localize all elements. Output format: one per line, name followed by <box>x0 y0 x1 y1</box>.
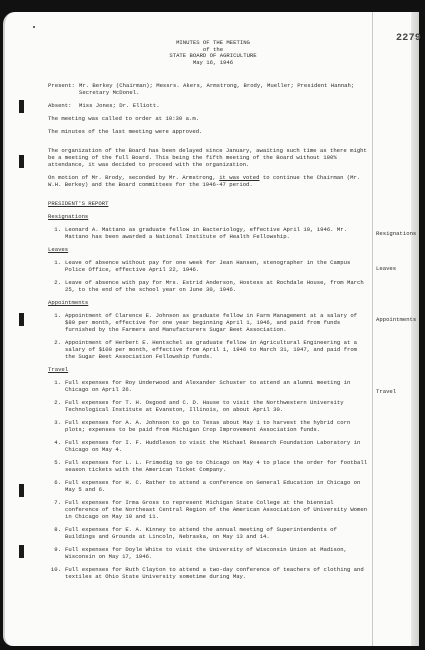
absent-label: Absent: <box>48 102 79 109</box>
header-date: May 16, 1946 <box>58 60 368 67</box>
binder-mark <box>19 484 24 497</box>
list-item: 1.Full expenses for Roy Underwood and Al… <box>48 379 368 393</box>
absent-text: Miss Jones; Dr. Elliott. <box>79 102 160 109</box>
presidents-report-heading: PRESIDENT'S REPORT <box>48 200 368 207</box>
motion-prefix: On motion of Mr. Brody, seconded by Mr. … <box>48 174 219 181</box>
margin-label-leaves: Leaves <box>376 265 396 272</box>
list-item: 2.Full expenses for T. H. Osgood and C. … <box>48 399 368 413</box>
scanned-document: 2279 Resignations Leaves Appointments Tr… <box>0 0 425 650</box>
document-page: 2279 Resignations Leaves Appointments Tr… <box>3 12 419 646</box>
resignations-list: 1.Leonard A. Mattano as graduate fellow … <box>48 226 368 240</box>
present-label: Present: <box>48 82 79 96</box>
present-line: Present: Mr. Berkey (Chairman); Messrs. … <box>48 82 368 96</box>
page-number: 2279 <box>396 33 421 44</box>
list-item: 1.Leave of absence without pay for one w… <box>48 259 368 273</box>
absent-line: Absent: Miss Jones; Dr. Elliott. <box>48 102 368 109</box>
appointments-list: 1.Appointment of Clarence E. Johnson as … <box>48 312 368 360</box>
scan-speck <box>33 26 35 28</box>
binder-mark <box>19 155 24 168</box>
binder-mark <box>19 313 24 326</box>
travel-list: 1.Full expenses for Roy Underwood and Al… <box>48 379 368 580</box>
binder-mark <box>19 100 24 113</box>
list-item: 1.Appointment of Clarence E. Johnson as … <box>48 312 368 333</box>
binder-mark <box>19 545 24 558</box>
list-item: 3.Full expenses for A. A. Johnson to go … <box>48 419 368 433</box>
list-item: 6.Full expenses for H. C. Rather to atte… <box>48 479 368 493</box>
resignations-heading: Resignations <box>48 213 368 220</box>
minutes-approved: The minutes of the last meeting were app… <box>48 128 368 135</box>
present-text: Mr. Berkey (Chairman); Messrs. Akers, Ar… <box>79 82 368 96</box>
organization-paragraph: The organization of the Board has been d… <box>48 147 368 168</box>
list-item: 2.Leave of absence with pay for Mrs. Est… <box>48 279 368 293</box>
leaves-list: 1.Leave of absence without pay for one w… <box>48 259 368 293</box>
list-item: 7.Full expenses for Irma Gross to repres… <box>48 499 368 520</box>
leaves-heading: Leaves <box>48 246 368 253</box>
appointments-heading: Appointments <box>48 299 368 306</box>
document-header: MINUTES OF THE MEETING of the STATE BOAR… <box>58 40 368 66</box>
list-item: 2.Appointment of Herbert E. Hentschel as… <box>48 339 368 360</box>
list-item: 10.Full expenses for Ruth Clayton to att… <box>48 566 368 580</box>
list-item: 5.Full expenses for L. L. Frimodig to go… <box>48 459 368 473</box>
margin-label-appointments: Appointments <box>376 316 416 323</box>
travel-heading: Travel <box>48 366 368 373</box>
document-body: MINUTES OF THE MEETING of the STATE BOAR… <box>48 40 368 586</box>
motion-voted: it was voted <box>219 174 259 181</box>
margin-label-travel: Travel <box>376 388 396 395</box>
list-item: 8.Full expenses for E. A. Kinney to atte… <box>48 526 368 540</box>
page-edge-shadow <box>411 12 419 646</box>
margin-label-resignations: Resignations <box>376 230 416 237</box>
list-item: 4.Full expenses for I. F. Huddleson to v… <box>48 439 368 453</box>
called-to-order: The meeting was called to order at 10:30… <box>48 115 368 122</box>
list-item: 9.Full expenses for Doyle White to visit… <box>48 546 368 560</box>
motion-paragraph: On motion of Mr. Brody, seconded by Mr. … <box>48 174 368 188</box>
margin-rule <box>372 12 373 646</box>
list-item: 1.Leonard A. Mattano as graduate fellow … <box>48 226 368 240</box>
